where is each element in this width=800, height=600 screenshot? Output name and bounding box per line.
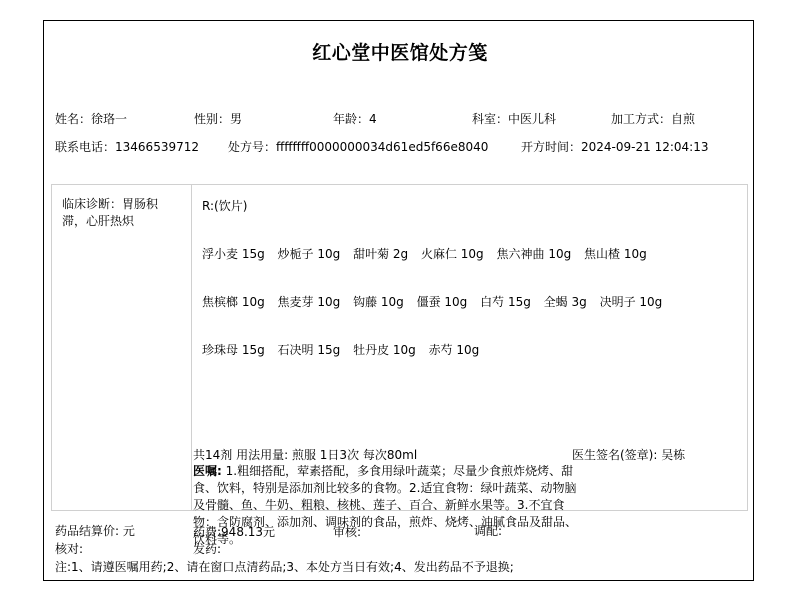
gender-label: 性别：: [194, 112, 230, 126]
dept-label: 科室：: [472, 112, 508, 126]
name-value: 徐珞一: [91, 112, 127, 126]
herb-row-2: 焦槟榔 10g 焦麦芽 10g 钩藤 10g 僵蚕 10g 白芍 15g 全蝎 …: [202, 293, 671, 310]
herb-item: 火麻仁 10g: [421, 247, 484, 261]
prescription-time: 开方时间：2024-09-21 12:04:13: [521, 138, 708, 155]
herb-item: 焦山楂 10g: [584, 247, 647, 261]
herb-item: 炒栀子 10g: [278, 247, 341, 261]
herb-item: 牡丹皮 10g: [353, 343, 416, 357]
issue: 发药:: [193, 540, 221, 557]
dispense-label: 调配:: [474, 524, 502, 538]
time-value: 2024-09-21 12:04:13: [581, 140, 708, 154]
usage-label: 用法用量:: [236, 448, 288, 462]
doctor-signature: 医生签名(签章): 吴栋: [572, 446, 685, 463]
diagnosis-label: 临床诊断：: [62, 197, 122, 211]
herb-item: 赤芍 10g: [429, 343, 480, 357]
check: 核对:: [55, 540, 83, 557]
issue-label: 发药:: [193, 542, 221, 556]
herb-row-3: 珍珠母 15g 石决明 15g 牡丹皮 10g 赤芍 10g: [202, 341, 488, 358]
herb-item: 焦麦芽 10g: [278, 295, 341, 309]
process-method: 加工方式：自煎: [611, 110, 695, 127]
dept-value: 中医儿科: [508, 112, 556, 126]
phone-label: 联系电话：: [55, 140, 115, 154]
footer-note: 注:1、请遵医嘱用药;2、请在窗口点清药品;3、本处方当日有效;4、发出药品不予…: [55, 558, 514, 575]
column-divider: [191, 185, 192, 510]
drug-fee: 药费:948.13元: [193, 523, 275, 540]
herb-item: 钩藤 10g: [353, 295, 404, 309]
herb-item: 甜叶菊 2g: [353, 247, 408, 261]
dispense: 调配:: [474, 522, 502, 539]
patient-gender: 性别：男: [194, 110, 242, 127]
time-label: 开方时间：: [521, 140, 581, 154]
fee-label: 药费:: [193, 525, 221, 539]
rx-label: R:(饮片): [202, 197, 247, 214]
clinical-diagnosis: 临床诊断：胃肠积滞，心肝热炽: [62, 196, 182, 230]
price-unit: 元: [123, 524, 135, 538]
advice-label: 医嘱:: [193, 464, 222, 478]
name-label: 姓名：: [55, 112, 91, 126]
doctor-name: 吴栋: [661, 448, 685, 462]
herb-item: 全蝎 3g: [544, 295, 587, 309]
prescription-number: 处方号：ffffffff0000000034d61ed5f66e8040: [228, 138, 488, 155]
herb-item: 僵蚕 10g: [417, 295, 468, 309]
review: 审核:: [333, 523, 361, 540]
herb-item: 决明子 10g: [600, 295, 663, 309]
patient-phone: 联系电话：13466539712: [55, 138, 199, 155]
age-value: 4: [369, 112, 377, 126]
herb-row-1: 浮小麦 15g 炒栀子 10g 甜叶菊 2g 火麻仁 10g 焦六神曲 10g …: [202, 245, 656, 262]
patient-name: 姓名：徐珞一: [55, 110, 127, 127]
drug-price: 药品结算价: 元: [55, 522, 135, 539]
doctor-label: 医生签名(签章):: [572, 448, 657, 462]
page-title: 红心堂中医馆处方笺: [0, 38, 800, 65]
review-label: 审核:: [333, 525, 361, 539]
herb-item: 焦六神曲 10g: [497, 247, 572, 261]
process-value: 自煎: [671, 112, 695, 126]
check-label: 核对:: [55, 542, 83, 556]
herb-item: 白芍 15g: [480, 295, 531, 309]
fee-value: 948.13元: [221, 525, 275, 539]
herb-item: 焦槟榔 10g: [202, 295, 265, 309]
rx-no-value: ffffffff0000000034d61ed5f66e8040: [276, 140, 488, 154]
age-label: 年龄：: [333, 112, 369, 126]
process-label: 加工方式：: [611, 112, 671, 126]
patient-dept: 科室：中医儿科: [472, 110, 556, 127]
patient-age: 年龄：4: [333, 110, 377, 127]
herb-item: 珍珠母 15g: [202, 343, 265, 357]
rx-no-label: 处方号：: [228, 140, 276, 154]
usage-value: 煎服 1日3次 每次80ml: [292, 448, 417, 462]
herb-item: 浮小麦 15g: [202, 247, 265, 261]
herb-item: 石决明 15g: [278, 343, 341, 357]
price-label: 药品结算价:: [55, 524, 119, 538]
dose-count: 共14剂: [193, 448, 232, 462]
phone-value: 13466539712: [115, 140, 199, 154]
gender-value: 男: [230, 112, 242, 126]
usage-dosage: 共14剂 用法用量: 煎服 1日3次 每次80ml: [193, 446, 417, 463]
